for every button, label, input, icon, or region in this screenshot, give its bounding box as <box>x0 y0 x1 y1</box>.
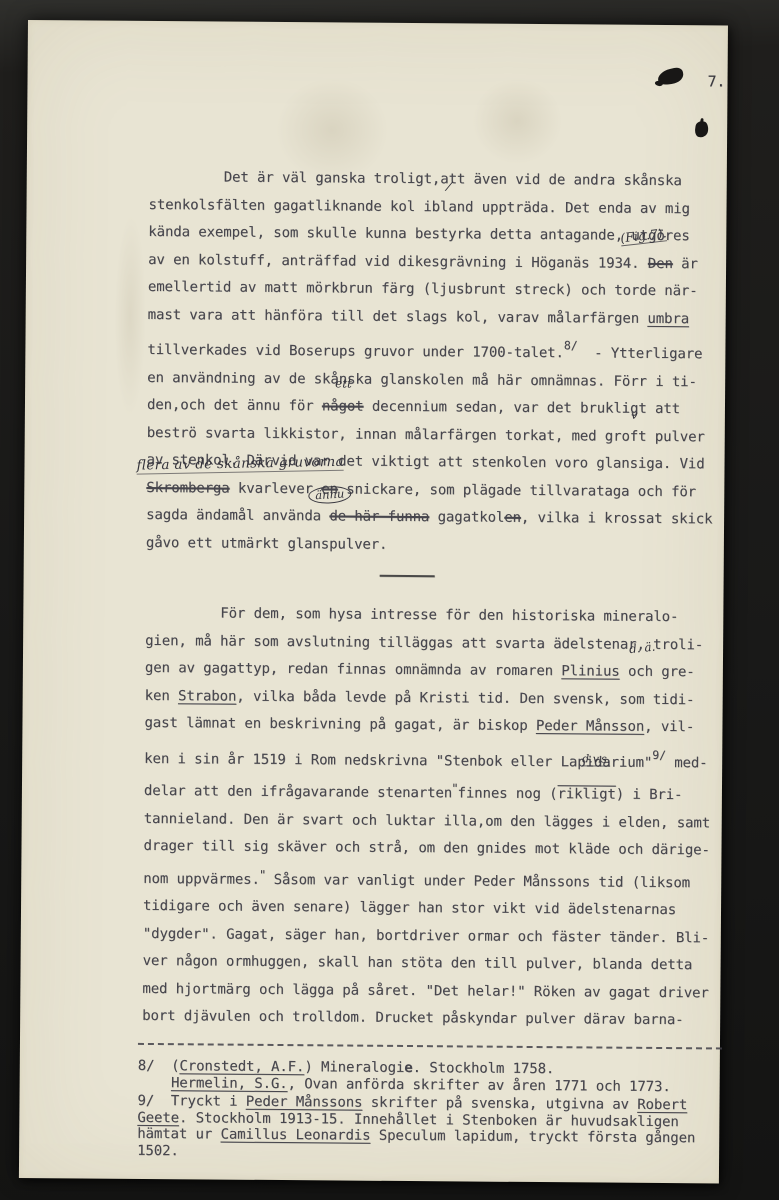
text-line: gast lämnat en beskrivning på gagat, är … <box>144 710 711 742</box>
ink-blot-icon <box>694 120 709 138</box>
footnote-separator <box>138 1043 722 1050</box>
scan-background: 7. Det är väl ganska troligt,att även vi… <box>0 0 779 1200</box>
text-line: ken i sin år 1519 i Rom nedskrivna "Sten… <box>144 737 711 777</box>
text-line: emellertid av matt mörkbrun färg (ljusbr… <box>148 274 715 306</box>
bleed-through-smudge <box>457 63 578 179</box>
text-line: Hermelin, S.G., Ovan anförda skrifter av… <box>138 1074 671 1095</box>
text-line: Skromberga kvarlever en snickare, som pl… <box>146 474 713 506</box>
text-line: mast vara att hänföra till det slags kol… <box>148 301 715 333</box>
text-line: nom uppvärmes." Såsom var vanligt under … <box>143 860 710 897</box>
handwritten-correction-dvs: d.v.s. <box>582 752 610 766</box>
ink-blot-icon <box>656 66 685 87</box>
handwritten-correction-v: v <box>631 408 638 422</box>
handwritten-correction-d-a: d. ä. <box>628 640 656 656</box>
page-number: 7. <box>707 68 725 96</box>
text-line: en användning av de skånska glanskolen m… <box>147 364 714 396</box>
text-line: Det är väl ganska troligt,att även vid d… <box>149 164 716 196</box>
text-line: sagda ändamål använda de här funna gagat… <box>146 502 713 534</box>
text-line: den,och det ännu för något decennium sed… <box>147 392 714 424</box>
footnote-9: 9/ Tryckt i Peder Månssons skrifter på s… <box>137 1093 696 1163</box>
text-line: delar att den ifrågavarande stenarten"fi… <box>144 773 711 810</box>
text-line: ken Strabon, vilka båda levde på Kristi … <box>145 682 712 714</box>
text-line: beströ svarta likkistor, innan målarfärg… <box>147 419 714 451</box>
text-line: tannieland. Den är svart och luktar illa… <box>144 805 711 837</box>
paragraph-1: Det är väl ganska troligt,att även vid d… <box>146 164 715 561</box>
text-line: För dem, som hysa intresse för den histo… <box>145 600 712 632</box>
text-line: drager till sig skäver och strå, om den … <box>143 833 710 865</box>
paragraph-2: För dem, som hysa intresse för den histo… <box>142 600 712 1035</box>
text-line: gåvo ett utmärkt glanspulver. <box>146 529 713 561</box>
section-divider <box>380 575 435 577</box>
handwritten-correction-ett: ett <box>335 376 352 390</box>
text-line: "dygder". Gagat, säger han, bortdriver o… <box>143 920 710 952</box>
footnote-8: 8/ (Cronstedt, A.F.) Mineralogie. Stockh… <box>138 1058 671 1095</box>
text-line: gen av gagattyp, redan finnas omnämnda a… <box>145 655 712 687</box>
text-line: gien, må här som avslutning tilläggas at… <box>145 627 712 659</box>
text-line: stenkolsfälten gagatliknande kol ibland … <box>148 191 715 223</box>
text-line: ver någon ormhuggen, skall han stöta den… <box>142 948 709 980</box>
text-line: tidigare och även senare) lägger han sto… <box>143 893 710 925</box>
text-line: tillverkades vid Boserups gruvor under 1… <box>147 329 714 369</box>
text-line: bort djävulen och trolldom. Drucket påsk… <box>142 1003 709 1035</box>
document-page: 7. Det är väl ganska troligt,att även vi… <box>19 20 728 1183</box>
text-line: med hjortmärg och lägga på såret. "Det h… <box>142 975 709 1007</box>
text-line: av en kolstuff, anträffad vid dikesgrävn… <box>148 246 715 278</box>
